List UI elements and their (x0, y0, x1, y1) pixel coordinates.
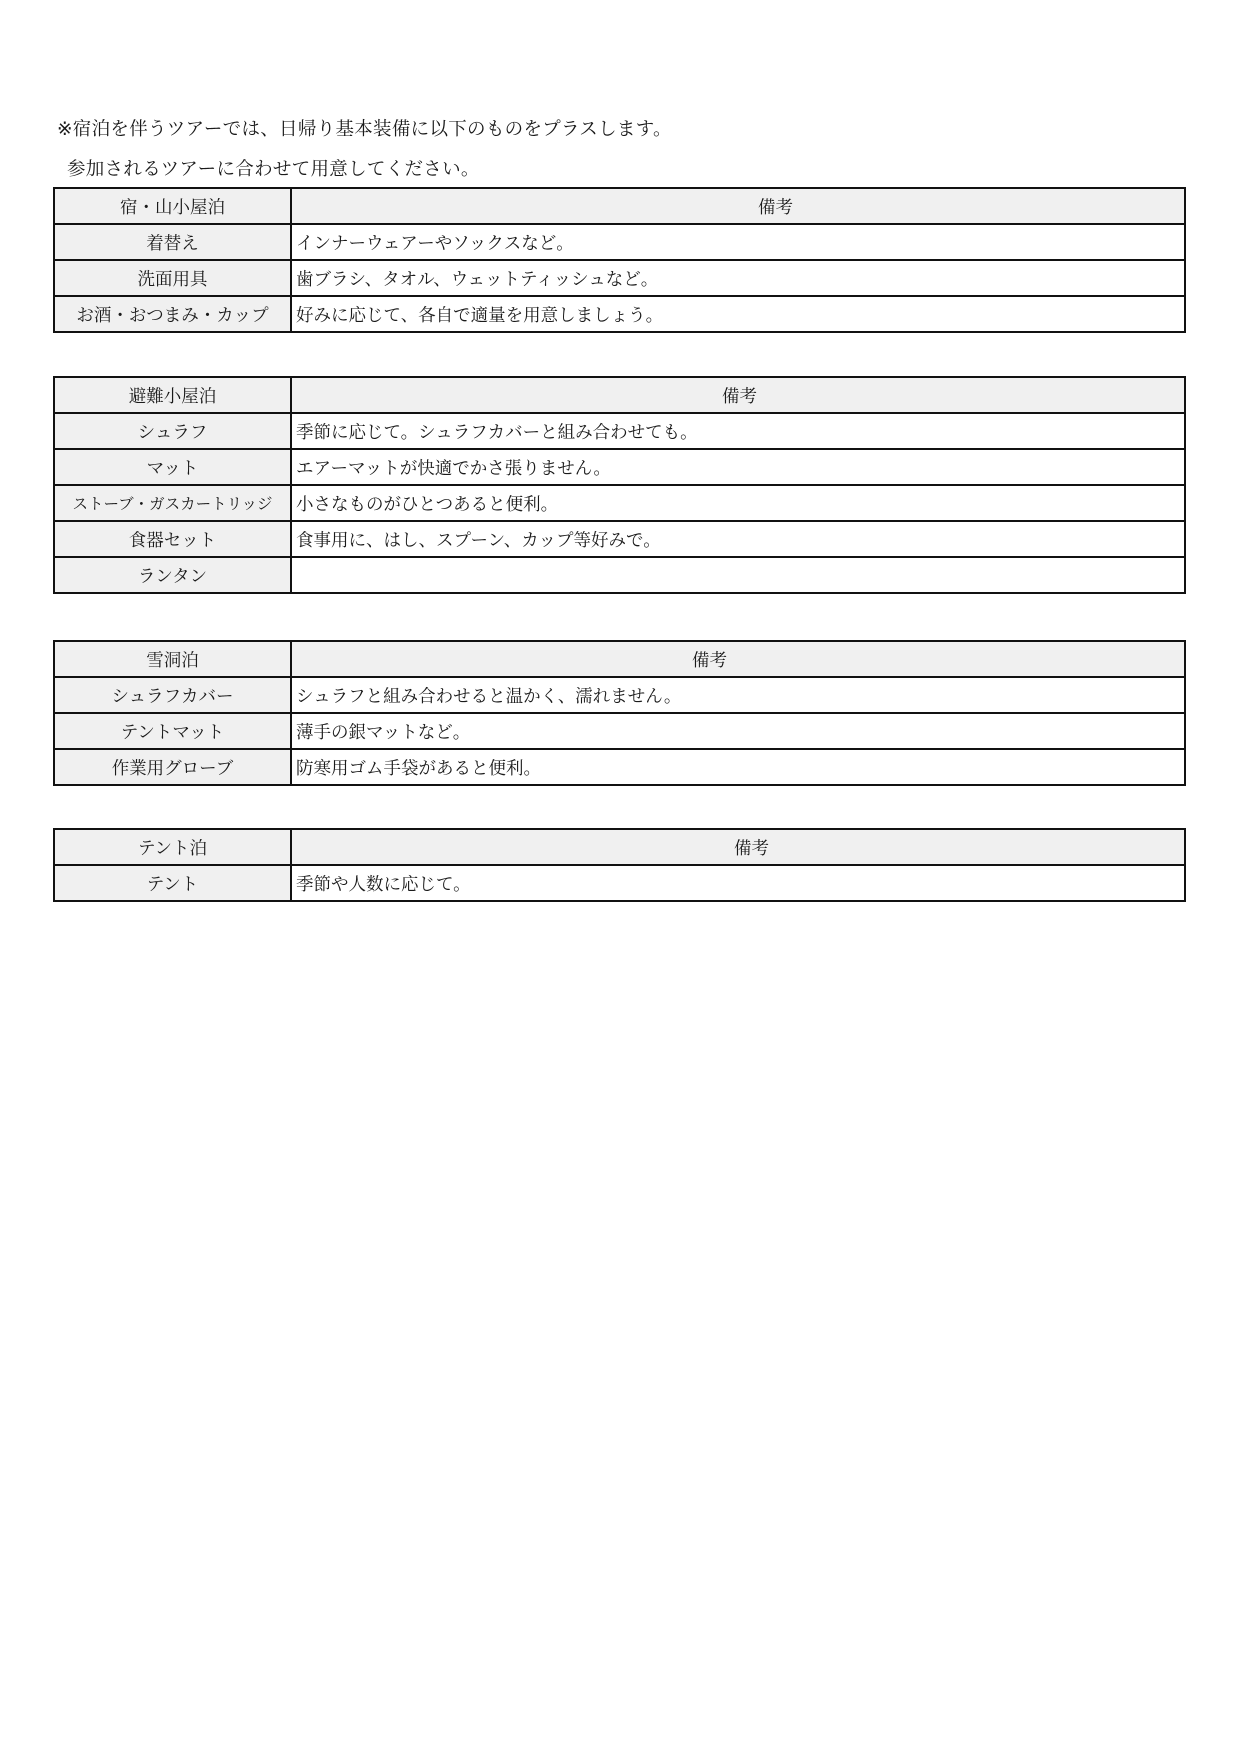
remark-cell: 好みに応じて、各自で適量を用意しましょう。 (291, 296, 1185, 332)
remarks-header: 備考 (291, 829, 1185, 865)
remark-cell: シュラフと組み合わせると温かく、濡れません。 (291, 677, 1185, 713)
category-header: 雪洞泊 (54, 641, 291, 677)
item-cell: 食器セット (54, 521, 291, 557)
table-row: お酒・おつまみ・カップ 好みに応じて、各自で適量を用意しましょう。 (54, 296, 1185, 332)
intro-line-1: ※宿泊を伴うツアーでは、日帰り基本装備に以下のものをプラスします。 (57, 119, 672, 141)
table-row: テントマット 薄手の銀マットなど。 (54, 713, 1185, 749)
remark-cell: 季節に応じて。シュラフカバーと組み合わせても。 (291, 413, 1185, 449)
remark-cell: 薄手の銀マットなど。 (291, 713, 1185, 749)
gear-table-emergency-hut: 避難小屋泊 備考 シュラフ 季節に応じて。シュラフカバーと組み合わせても。 マッ… (53, 376, 1186, 594)
item-cell: ランタン (54, 557, 291, 593)
gear-table-snow-cave: 雪洞泊 備考 シュラフカバー シュラフと組み合わせると温かく、濡れません。 テン… (53, 640, 1186, 786)
table-row: ランタン (54, 557, 1185, 593)
table-row: 洗面用具 歯ブラシ、タオル、ウェットティッシュなど。 (54, 260, 1185, 296)
table-row: マット エアーマットが快適でかさ張りません。 (54, 449, 1185, 485)
remark-cell: エアーマットが快適でかさ張りません。 (291, 449, 1185, 485)
remark-cell: 小さなものがひとつあると便利。 (291, 485, 1185, 521)
remarks-header: 備考 (291, 641, 1185, 677)
gear-table-tent: テント泊 備考 テント 季節や人数に応じて。 (53, 828, 1186, 902)
table-row: 作業用グローブ 防寒用ゴム手袋があると便利。 (54, 749, 1185, 785)
remarks-header-label: 備考 (758, 198, 793, 218)
item-cell: テントマット (54, 713, 291, 749)
remark-cell: インナーウェアーやソックスなど。 (291, 224, 1185, 260)
table-header-row: 雪洞泊 備考 (54, 641, 1185, 677)
table-row: ストーブ・ガスカートリッジ 小さなものがひとつあると便利。 (54, 485, 1185, 521)
remarks-header: 備考 (291, 188, 1185, 224)
remark-cell: 歯ブラシ、タオル、ウェットティッシュなど。 (291, 260, 1185, 296)
table-row: シュラフカバー シュラフと組み合わせると温かく、濡れません。 (54, 677, 1185, 713)
table-header-row: テント泊 備考 (54, 829, 1185, 865)
remark-cell: 防寒用ゴム手袋があると便利。 (291, 749, 1185, 785)
gear-table-lodge: 宿・山小屋泊 備考 着替え インナーウェアーやソックスなど。 洗面用具 歯ブラシ… (53, 187, 1186, 333)
table-row: シュラフ 季節に応じて。シュラフカバーと組み合わせても。 (54, 413, 1185, 449)
item-cell: 作業用グローブ (54, 749, 291, 785)
item-cell: お酒・おつまみ・カップ (54, 296, 291, 332)
remark-cell: 季節や人数に応じて。 (291, 865, 1185, 901)
remarks-header-label: 備考 (692, 651, 727, 671)
item-cell: ストーブ・ガスカートリッジ (54, 485, 291, 521)
item-cell: マット (54, 449, 291, 485)
category-header: テント泊 (54, 829, 291, 865)
table-header-row: 避難小屋泊 備考 (54, 377, 1185, 413)
item-cell: 洗面用具 (54, 260, 291, 296)
intro-line-2: 参加されるツアーに合わせて用意してください。 (67, 159, 480, 181)
table-row: テント 季節や人数に応じて。 (54, 865, 1185, 901)
remarks-header-label: 備考 (734, 839, 769, 859)
remarks-header: 備考 (291, 377, 1185, 413)
category-header: 避難小屋泊 (54, 377, 291, 413)
item-cell: 着替え (54, 224, 291, 260)
item-cell: テント (54, 865, 291, 901)
table-header-row: 宿・山小屋泊 備考 (54, 188, 1185, 224)
remark-cell: 食事用に、はし、スプーン、カップ等好みで。 (291, 521, 1185, 557)
item-cell: シュラフカバー (54, 677, 291, 713)
remark-cell (291, 557, 1185, 593)
table-row: 着替え インナーウェアーやソックスなど。 (54, 224, 1185, 260)
category-header: 宿・山小屋泊 (54, 188, 291, 224)
item-cell: シュラフ (54, 413, 291, 449)
remarks-header-label: 備考 (722, 387, 757, 407)
table-row: 食器セット 食事用に、はし、スプーン、カップ等好みで。 (54, 521, 1185, 557)
